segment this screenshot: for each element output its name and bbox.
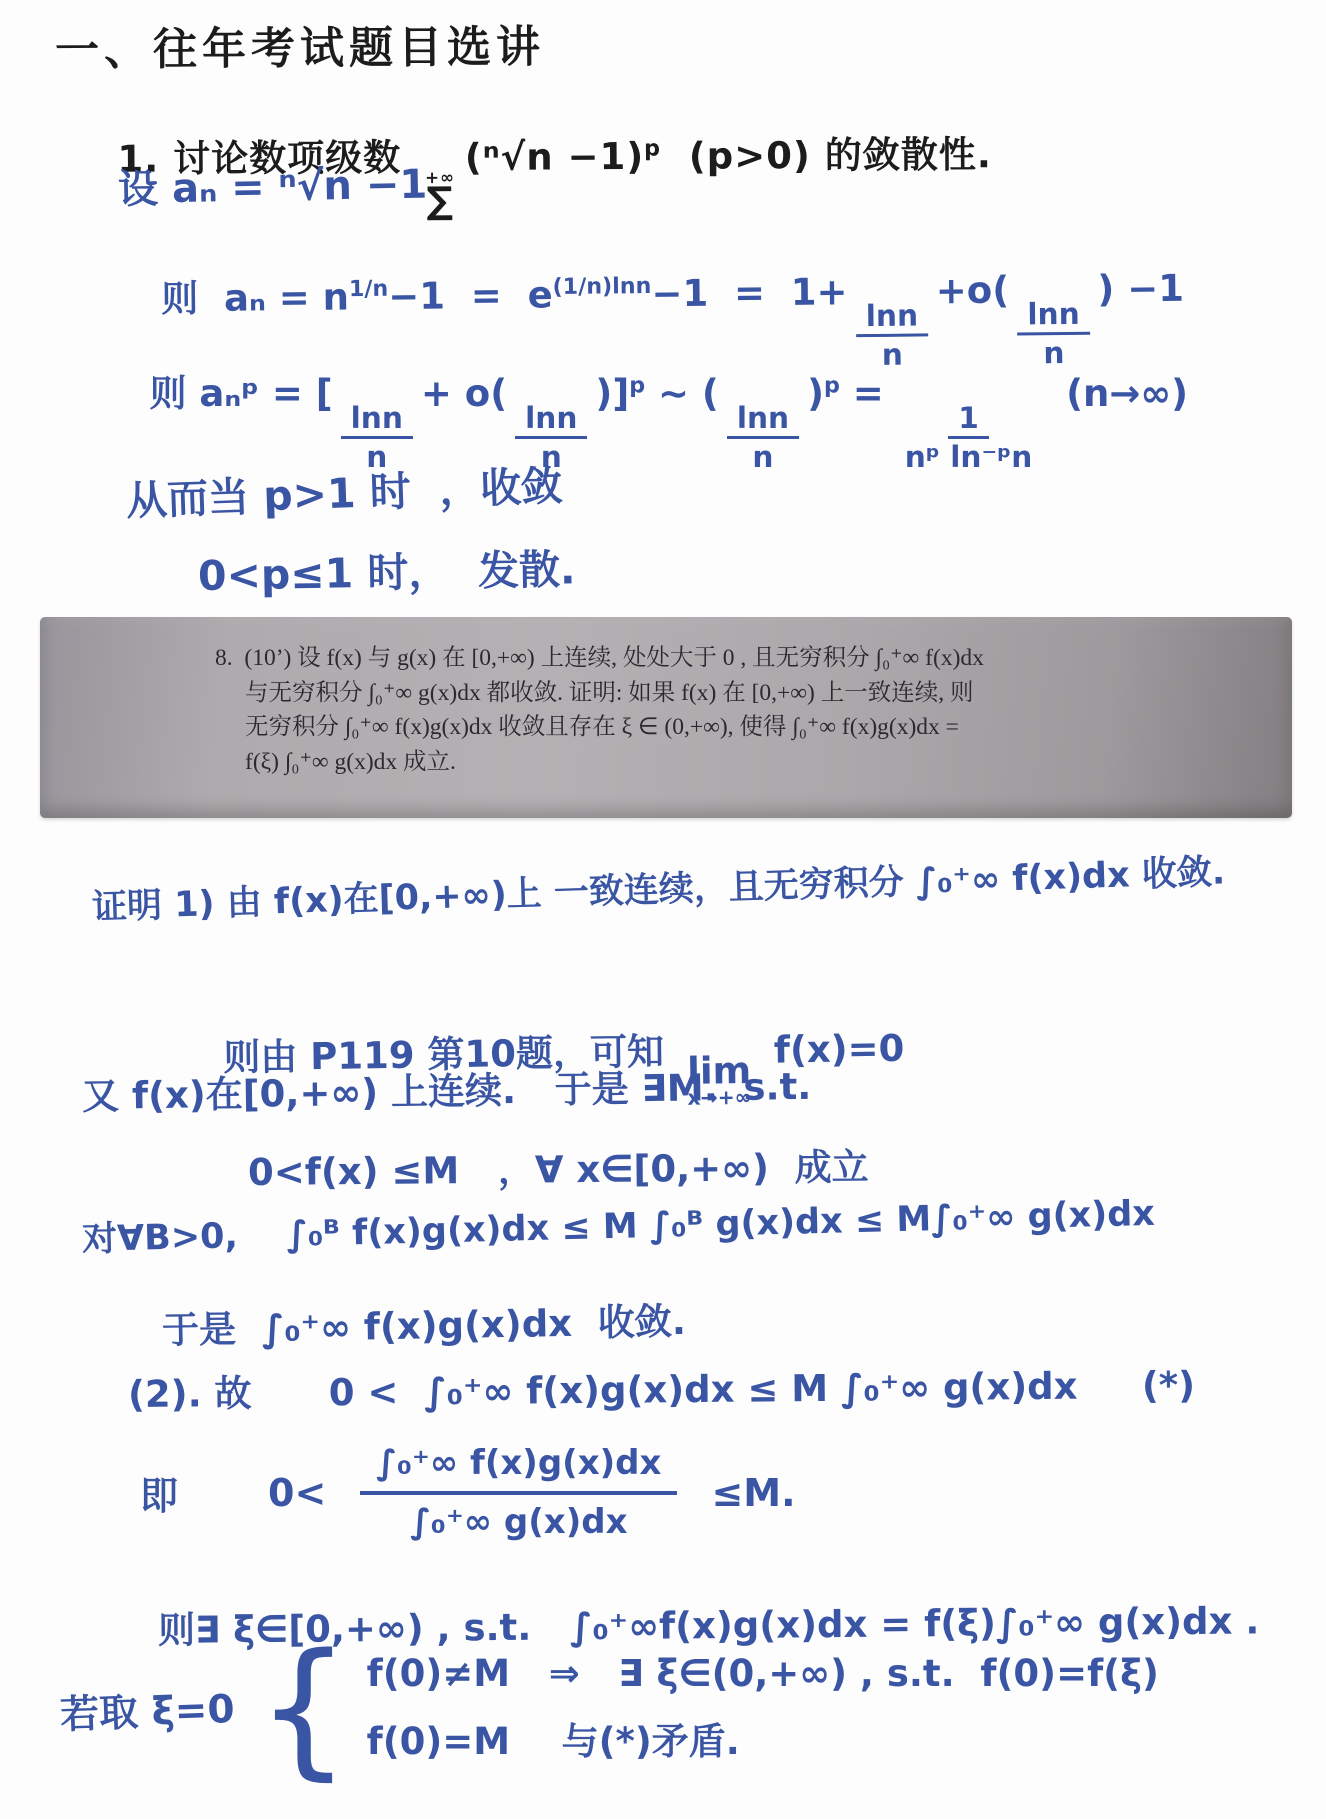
work-line-define-an: 设 aₙ = ⁿ√n −1 [118,153,428,215]
case-2: f(0)=M 与(*)矛盾. [367,1711,1159,1765]
printed-problem-line-3: 无穷积分 ∫₀⁺∞ f(x)g(x)dx 收敛且存在 ξ ∈ (0,+∞), 使… [245,710,1268,745]
power-mid3: ∼ ( [645,372,719,415]
proof-step-5: 对∀B>0, ∫₀ᴮ f(x)g(x)dx ≤ M ∫₀ᴮ g(x)dx ≤ M… [81,1186,1155,1262]
expansion-mid1: −1 = e [388,273,553,318]
case-list: f(0)≠M ⇒ ∃ ξ∈(0,+∞) , s.t. f(0)=f(ξ) f(0… [367,1652,1159,1765]
proof-step-8: 即 0< ∫₀⁺∞ f(x)g(x)dx∫₀⁺∞ g(x)dx ≤M. [140,1442,796,1543]
conclusion-diverge: 0<p≤1 时， 发散. [197,536,575,602]
step10-pre: 若取 ξ=0 [59,1678,235,1740]
proof-step-7: (2). 故 0 < ∫₀⁺∞ f(x)g(x)dx ≤ M ∫₀⁺∞ g(x)… [128,1355,1195,1418]
expansion-suffix: ) −1 [1097,267,1184,311]
proof-step-1: 证明 1) 由 f(x)在[0,+∞)上 一致连续，且无穷积分 ∫₀⁺∞ f(x… [91,844,1226,930]
fraction-one-over-np-lnn: 1nᵖ ln⁻ᵖn [905,401,1033,474]
page-title: 一、往年考试题目选讲 [55,11,545,78]
exponent-one-over-n: 1/n [349,276,389,302]
big-fraction: ∫₀⁺∞ f(x)g(x)dx∫₀⁺∞ g(x)dx [360,1442,677,1543]
fraction-numerator: lnn [727,401,799,439]
proof-step-3: 又 f(x)在[0,+∞) 上连续. 于是 ∃M. s.t. [82,1056,812,1120]
fraction-numerator: lnn [515,401,587,439]
expansion-mid2: −1 = 1+ [651,270,847,315]
expansion-mid3: +o( [936,269,1010,313]
notebook-page: 一、往年考试题目选讲 1. 讨论数项级数 +∞∑(ⁿ√n −1)p (p>0) … [0,0,1326,1819]
step8-pre: 即 [140,1465,178,1520]
expansion-pre: 则 aₙ = n [161,275,349,320]
exponent-p: p [824,373,840,399]
summation-symbol: +∞∑ [425,171,455,217]
power-pre: 则 aₙᵖ = [ [150,372,333,415]
proof-step-6: 于是 ∫₀⁺∞ f(x)g(x)dx 收敛. [162,1291,687,1354]
proof-step-10: 若取 ξ=0 { f(0)≠M ⇒ ∃ ξ∈(0,+∞) , s.t. f(0)… [60,1642,1159,1775]
power-suffix: (n→∞) [1040,372,1188,415]
case-1: f(0)≠M ⇒ ∃ ξ∈(0,+∞) , s.t. f(0)=f(ξ) [367,1652,1159,1695]
power-mid5: = [840,372,897,415]
power-mid1: + o( [421,372,507,415]
brace-symbol: { [256,1642,350,1775]
fraction-denominator: nᵖ ln⁻ᵖn [905,439,1033,474]
series-exponent: p [644,136,661,162]
exponent-lnn-over-n: (1/n)lnn [552,273,651,300]
exponent-p: p [629,373,645,399]
fraction-lnn-over-n: lnnn [727,401,799,474]
printed-problem-box: 8. (10’) 设 f(x) 与 g(x) 在 [0,+∞) 上连续, 处处大… [40,617,1292,818]
series-term: (ⁿ√n −1) [465,135,645,179]
fraction-denominator: n [752,439,773,474]
printed-problem-line-1: 8. (10’) 设 f(x) 与 g(x) 在 [0,+∞) 上连续, 处处大… [245,641,1268,676]
sigma-glyph: ∑ [426,185,454,217]
printed-problem-line-2: 与无穷积分 ∫₀⁺∞ g(x)dx 都收敛. 证明: 如果 f(x) 在 [0,… [245,676,1268,711]
problem1-statement-suffix: (p>0) 的敛散性. [661,133,992,178]
power-mid4: ) [807,372,824,415]
printed-problem-line-4: f(ξ) ∫₀⁺∞ g(x)dx 成立. [245,745,1268,780]
fraction-numerator: 1 [948,401,989,439]
big-fraction-numerator: ∫₀⁺∞ f(x)g(x)dx [360,1442,677,1495]
power-mid2: )] [595,372,629,415]
fraction-numerator: lnn [341,401,413,439]
step8-inequality: 0< [268,1471,326,1515]
step8-suffix: ≤M. [711,1471,795,1515]
proof-step-4: 0<f(x) ≤M ，∀ x∈[0,+∞) 成立 [248,1137,869,1196]
big-fraction-denominator: ∫₀⁺∞ g(x)dx [410,1495,627,1544]
